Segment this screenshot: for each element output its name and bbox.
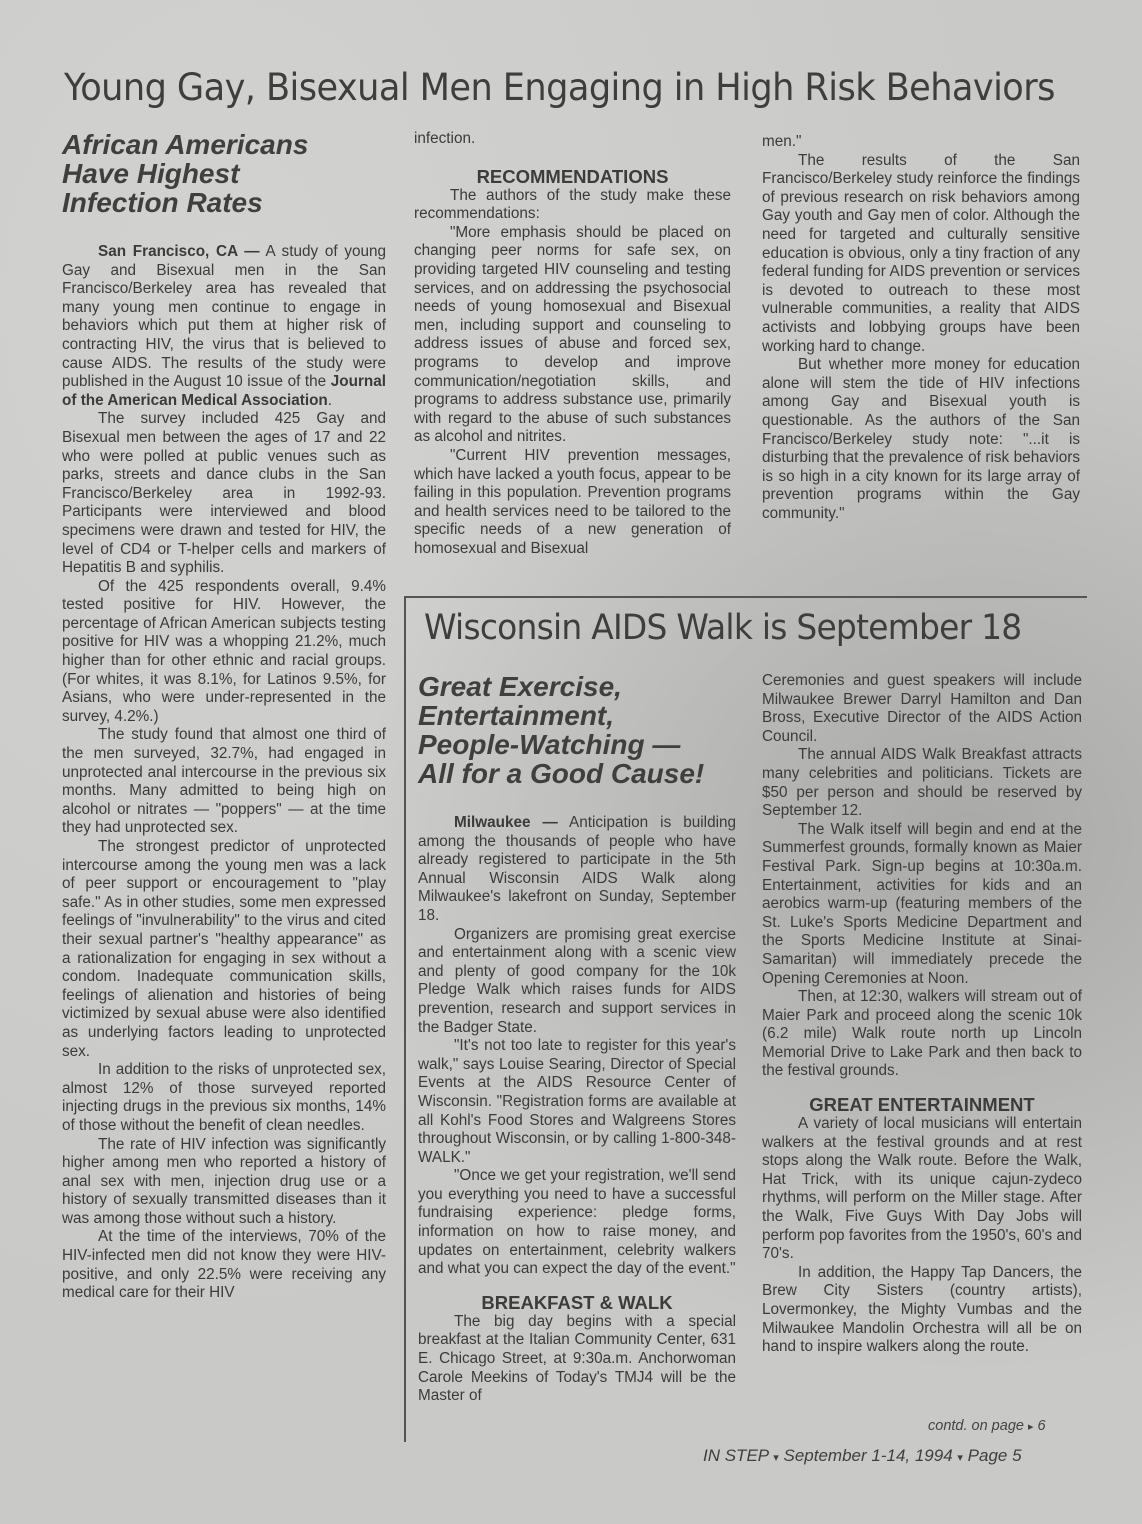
- column-divider: [404, 596, 406, 1442]
- paragraph: The study found that almost one third of…: [62, 726, 386, 838]
- paragraph: San Francisco, CA — A study of young Gay…: [62, 243, 386, 410]
- paragraph: At the time of the interviews, 70% of th…: [62, 1228, 386, 1302]
- continued-page-number: 6: [1038, 1418, 1046, 1434]
- down-triangle-icon: ▾: [957, 1452, 963, 1464]
- subhead-recommendations: RECOMMENDATIONS: [414, 167, 731, 187]
- paragraph: "Current HIV prevention messages, which …: [414, 447, 731, 559]
- paragraph: Organizers are promising great exercise …: [418, 926, 736, 1038]
- paragraph: In addition to the risks of unprotected …: [62, 1061, 386, 1135]
- paragraph: But whether more money for education alo…: [762, 356, 1080, 523]
- paragraph: The authors of the study make these reco…: [414, 187, 731, 224]
- carry-over-text: infection.: [414, 130, 731, 149]
- subhead-breakfast-walk: BREAKFAST & WALK: [418, 1293, 736, 1313]
- paragraph: The rate of HIV infection was significan…: [62, 1136, 386, 1229]
- section-divider: [404, 596, 1087, 598]
- article2-column-2: Ceremonies and guest speakers will inclu…: [762, 672, 1082, 1357]
- continued-note: contd. on page ▸ 6: [928, 1418, 1046, 1434]
- paragraph: In addition, the Happy Tap Dancers, the …: [762, 1264, 1082, 1357]
- paragraph: Milwaukee — Anticipation is building amo…: [418, 814, 736, 926]
- continued-label: contd. on page: [928, 1418, 1024, 1434]
- deck-line: Entertainment,: [418, 701, 736, 730]
- deck-line: People-Watching —: [418, 730, 736, 759]
- article2-deck: Great Exercise, Entertainment, People-Wa…: [418, 672, 736, 788]
- paragraph: The annual AIDS Walk Breakfast attracts …: [762, 746, 1082, 820]
- article1-column-2: infection. RECOMMENDATIONS The authors o…: [414, 130, 731, 558]
- paragraph: "Once we get your registration, we'll se…: [418, 1167, 736, 1279]
- article2-column-1: Great Exercise, Entertainment, People-Wa…: [418, 672, 736, 1406]
- page-number: Page 5: [968, 1446, 1022, 1465]
- paragraph: "More emphasis should be placed on chang…: [414, 224, 731, 447]
- paragraph: Then, at 12:30, walkers will stream out …: [762, 988, 1082, 1081]
- deck-line: Have Highest: [62, 159, 386, 188]
- deck-line: African Americans: [62, 130, 386, 159]
- page-footer: IN STEP ▾ September 1-14, 1994 ▾ Page 5: [703, 1446, 1022, 1466]
- carry-over-text: Ceremonies and guest speakers will inclu…: [762, 672, 1082, 746]
- down-triangle-icon: ▾: [773, 1452, 779, 1464]
- dateline: San Francisco, CA —: [98, 243, 260, 260]
- right-triangle-icon: ▸: [1028, 1421, 1034, 1433]
- publication-name: IN STEP: [703, 1446, 769, 1465]
- paragraph: The results of the San Francisco/Berkele…: [762, 152, 1080, 357]
- paragraph: A variety of local musicians will entert…: [762, 1115, 1082, 1264]
- paragraph: The strongest predictor of unprotected i…: [62, 838, 386, 1061]
- text: A study of young Gay and Bisexual men in…: [62, 243, 386, 390]
- paragraph: The Walk itself will begin and end at th…: [762, 821, 1082, 988]
- dateline: Milwaukee —: [454, 814, 558, 831]
- subhead-great-entertainment: GREAT ENTERTAINMENT: [762, 1095, 1082, 1115]
- deck-line: Great Exercise,: [418, 672, 736, 701]
- article1-headline: Young Gay, Bisexual Men Engaging in High…: [64, 66, 1014, 109]
- article1-column-3: men." The results of the San Francisco/B…: [762, 133, 1080, 523]
- article1-deck: African Americans Have Highest Infection…: [62, 130, 386, 217]
- paragraph: Of the 425 respondents overall, 9.4% tes…: [62, 578, 386, 727]
- paragraph: The survey included 425 Gay and Bisexual…: [62, 410, 386, 577]
- paragraph: "It's not too late to register for this …: [418, 1037, 736, 1167]
- carry-over-text: men.": [762, 133, 1080, 152]
- text: .: [328, 392, 332, 409]
- deck-line: All for a Good Cause!: [418, 759, 736, 788]
- article1-column-1: African Americans Have Highest Infection…: [62, 130, 386, 1303]
- deck-line: Infection Rates: [62, 188, 386, 217]
- issue-date: September 1-14, 1994: [784, 1446, 953, 1465]
- article2-headline: Wisconsin AIDS Walk is September 18: [424, 608, 1044, 648]
- paragraph: The big day begins with a special breakf…: [418, 1313, 736, 1406]
